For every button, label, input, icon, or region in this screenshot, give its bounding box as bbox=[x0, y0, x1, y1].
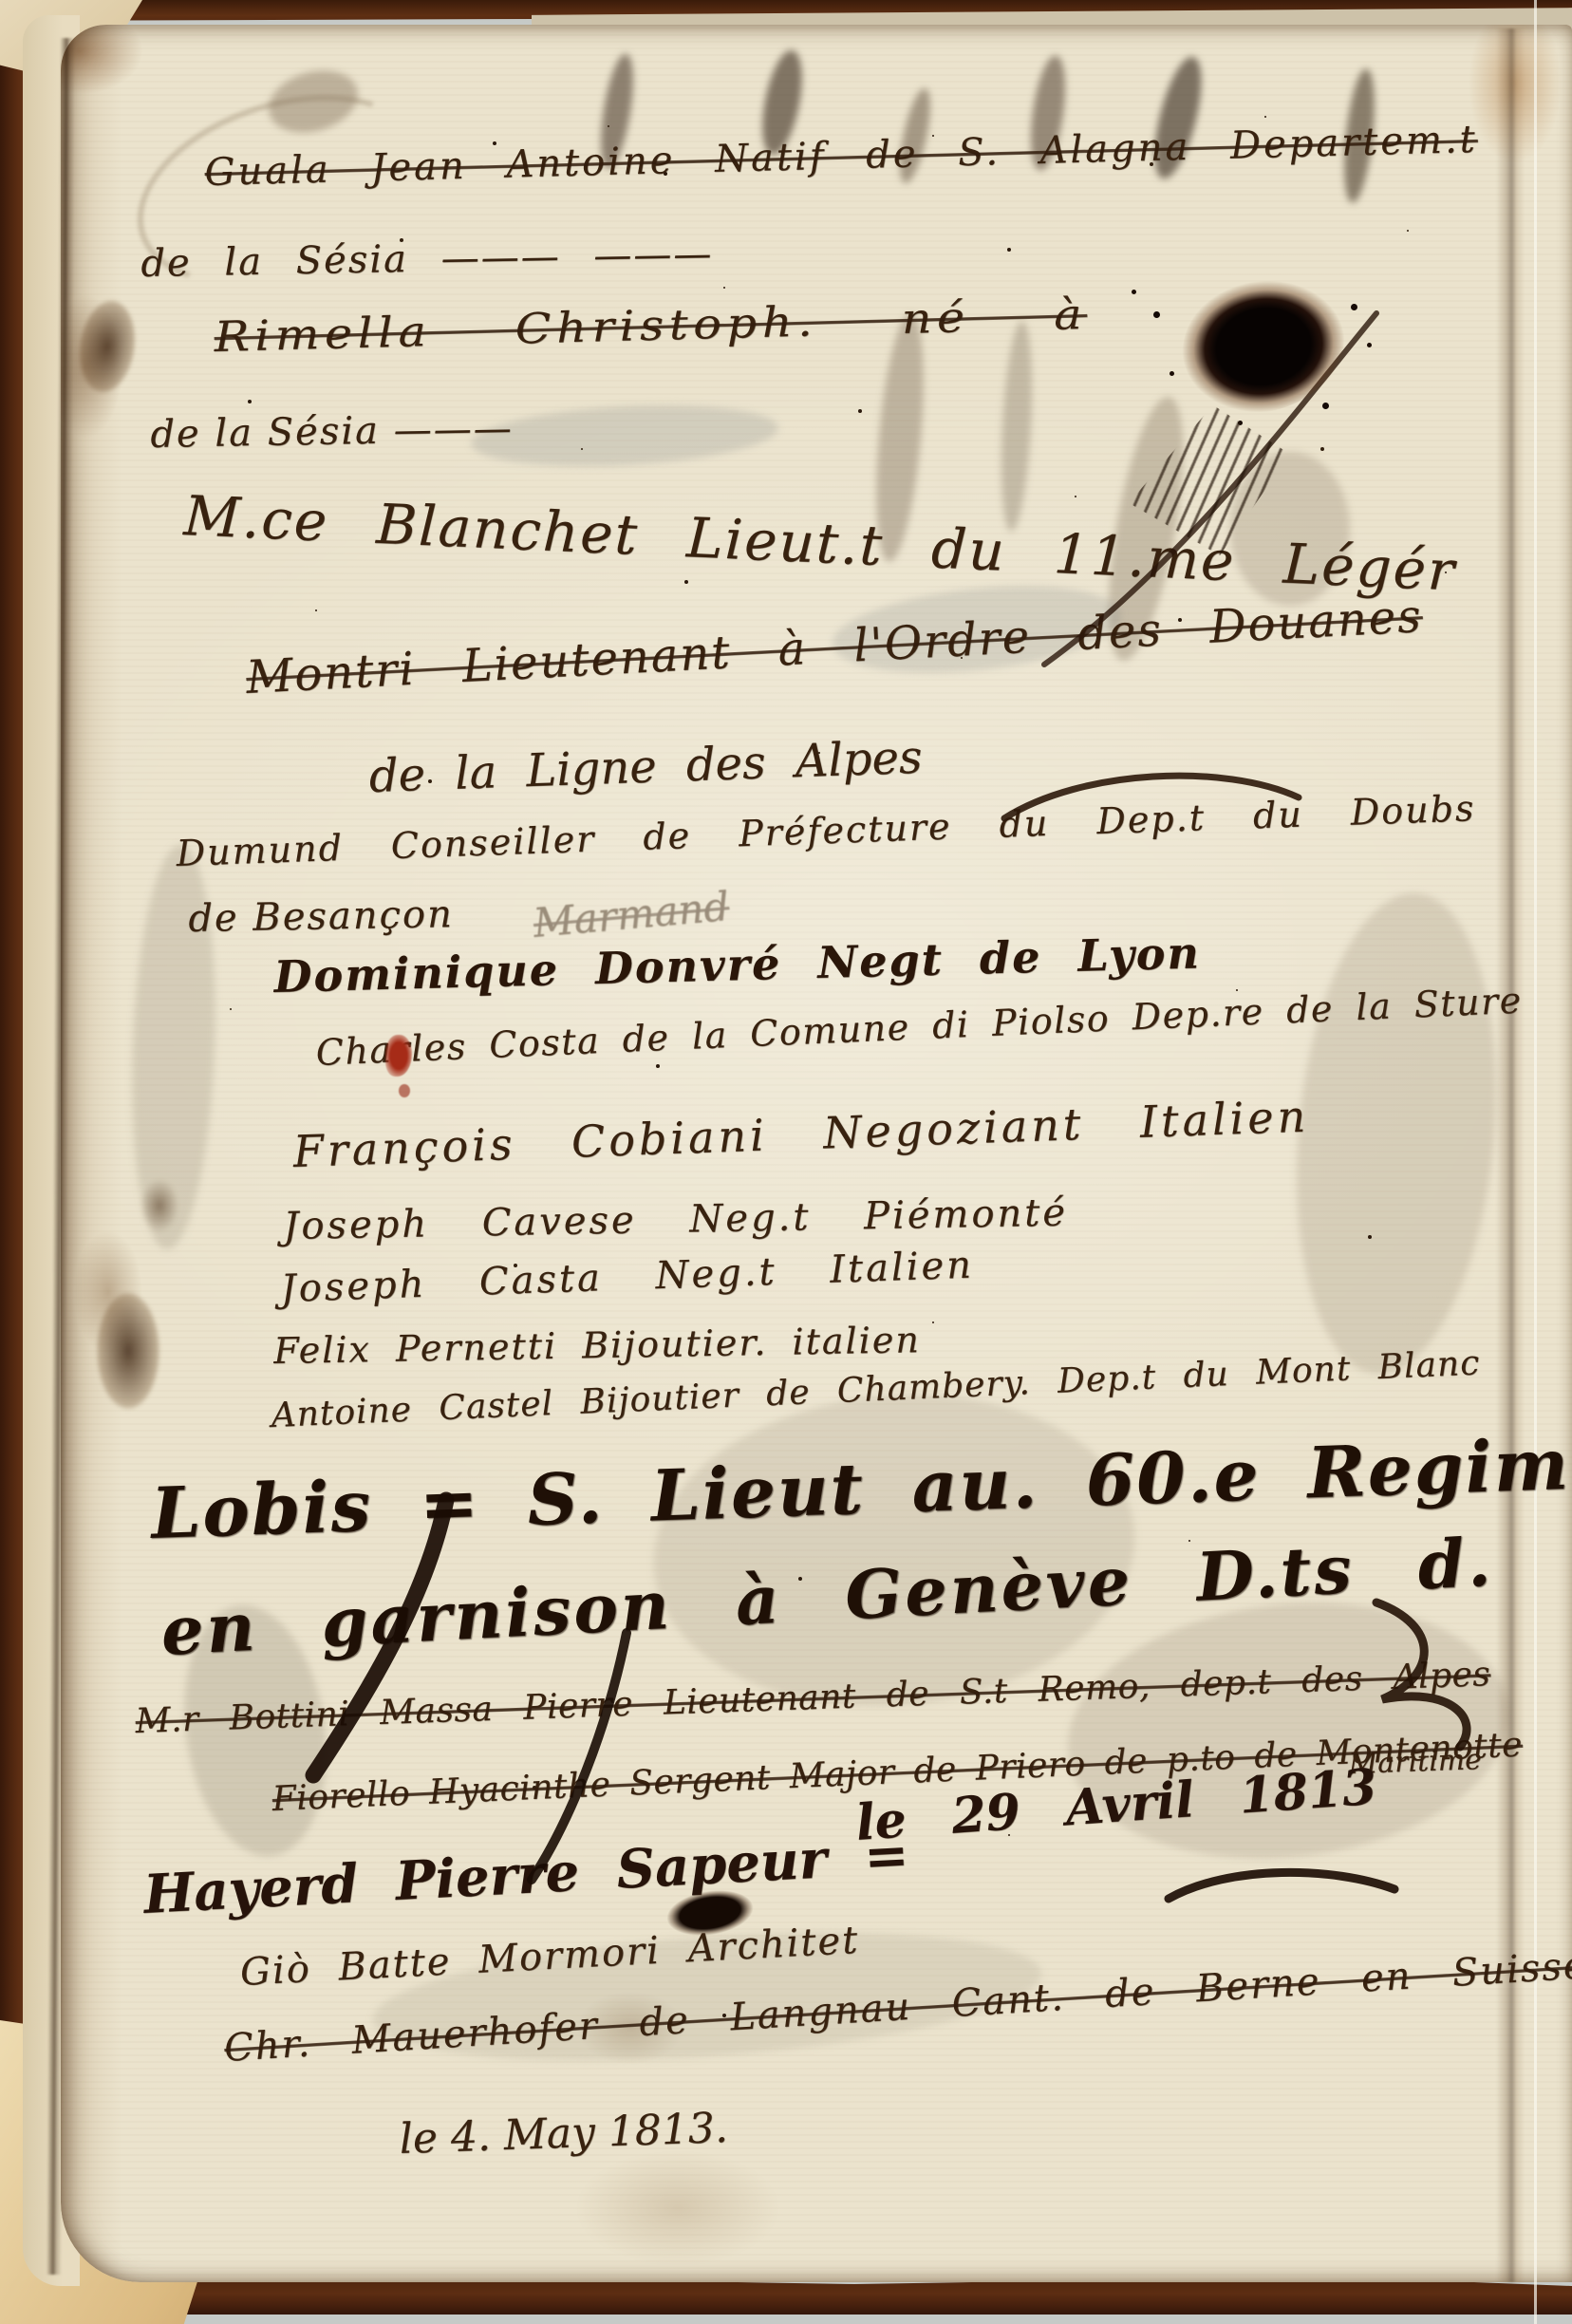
line-besancon: de Besançon bbox=[188, 895, 454, 938]
garnison-descender-flourish bbox=[513, 1614, 664, 1899]
lobis-descender-flourish bbox=[285, 1481, 532, 1804]
line-sesia-1: de la Sésia ——— ——— bbox=[140, 234, 714, 283]
right-crease bbox=[1496, 28, 1525, 2282]
ink-stain bbox=[97, 1293, 159, 1409]
date-4-may-1813: le 4. May 1813. bbox=[399, 2108, 728, 2161]
scanned-manuscript: Guala Jean Antoine Natif de S. Alagna De… bbox=[0, 0, 1572, 2324]
date-1813-flourish bbox=[1163, 1853, 1400, 1910]
line-sesia-2: de la Sésia ——— bbox=[150, 409, 514, 454]
red-ink-spot bbox=[399, 1084, 410, 1097]
ink-blot-spatter bbox=[1182, 281, 1185, 284]
geneve-end-flourish bbox=[1348, 1587, 1490, 1768]
ink-stain bbox=[140, 1179, 178, 1232]
flourish-alpes-underline bbox=[997, 759, 1310, 845]
ink-specks bbox=[0, 0, 2, 2]
line-pernetti: Felix Pernetti Bijoutier. italien bbox=[273, 1321, 921, 1369]
